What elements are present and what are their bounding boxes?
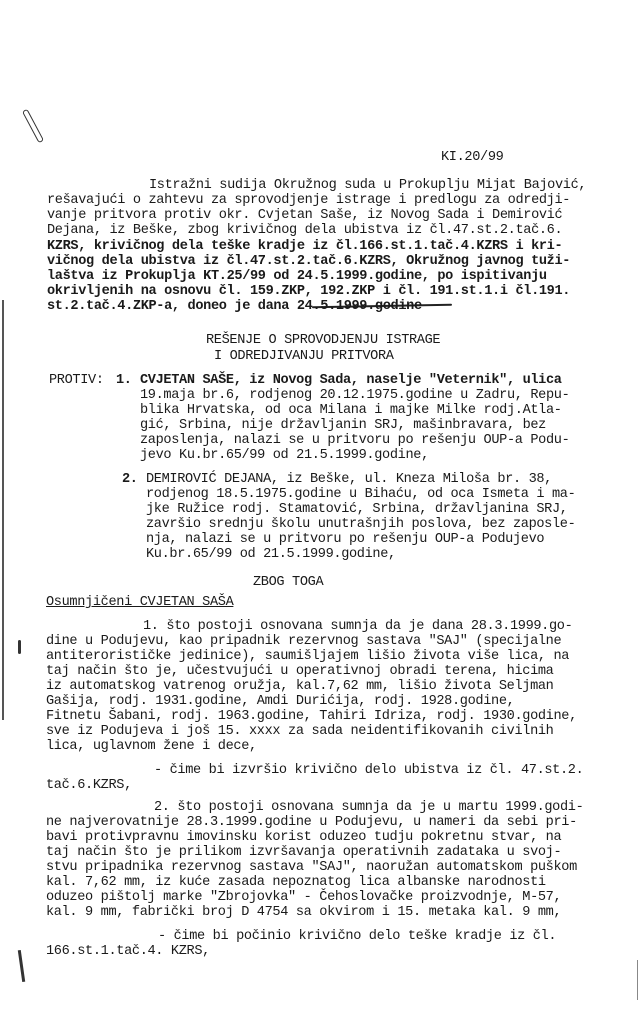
defendant-line: gić, Srbina, nije državljanin SRJ, mašin… [140,418,546,434]
staple-mark [22,109,44,144]
defendant-line: rodjenog 18.5.1975.godine u Bihaću, od o… [146,487,575,503]
charge-line: kal. 7,62 mm, iz kuće zasada nepoznatog … [46,875,546,891]
charge-line: bavi protivpravnu imovinsku korist oduze… [46,830,561,846]
defendant-number: 2. [122,472,138,488]
charge-line: taj način što je, učestvujući u operativ… [46,664,554,680]
defendant-number: 1. [116,373,132,389]
charge-consequence: - čime bi izvršio krivično delo ubistva … [154,763,583,779]
charge-consequence: tač.6.KZRS, [46,778,132,794]
intro-line: KZRS, krivičnog dela teške kradje iz čl.… [47,239,562,255]
charge-line: 2. što postoji osnovana sumnja da je u m… [154,800,583,816]
left-margin-binding-mark [2,300,4,720]
defendant-line: CVJETAN SAŠE, iz Novog Sada, naselje "Ve… [140,373,562,389]
case-number: KI.20/99 [441,150,503,166]
defendant-line: 19.maja br.6, rodjenog 20.12.1975.godine… [140,388,569,404]
charge-line: iz automatskog vatrenog oružja, kal.7,62… [46,679,554,695]
scanned-document-page: KI.20/99 Istražni sudija Okružnog suda u… [0,0,640,1018]
charge-line: antiterorističke jedinice), saumišljajem… [46,649,569,665]
intro-line: rešavajući o zahtevu za sprovodjenje ist… [47,193,570,209]
intro-line: vičnog dela ubistva iz čl.47.st.2.tač.6.… [47,254,570,270]
intro-line: Istražni sudija Okružnog suda u Prokuplj… [149,178,586,194]
section-heading: ZBOG TOGA [253,575,323,591]
charge-line: taj način što je prilikom izvršavanja op… [46,845,561,861]
charge-line: kal. 9 mm, fabrički broj D 4754 sa okvir… [46,905,561,921]
charge-line: oduzeo pištolj marke "Zbrojovka" - Čehos… [46,890,561,906]
left-margin-bracket [18,640,21,654]
defendant-line: DEMIROVIĆ DEJANA, iz Beške, ul. Kneza Mi… [146,472,552,488]
charge-line: dine u Podujevu, kao pripadnik rezervnog… [46,634,561,650]
suspect-heading: Osumnjičeni CVJETAN SAŠA [46,595,233,611]
charge-line: Fitnetu Šabani, rodj. 1963.godine, Tahir… [46,709,577,725]
intro-line: laštva iz Prokuplja KT.25/99 od 24.5.199… [47,269,547,285]
against-label: PROTIV: [49,373,104,389]
intro-line: st.2.tač.4.ZKP-a, doneo je dana 24.5.199… [47,299,422,315]
charge-line: sve iz Podujeva i još 15. xxxx za sada n… [46,724,554,740]
defendant-line: blika Hrvatska, od oca Milana i majke Mi… [140,403,562,419]
defendant-line: zaposlenja, nalazi se u pritvoru po reše… [140,433,569,449]
charge-consequence: - čime bi počinio krivično delo teške kr… [158,929,556,945]
defendant-line: Ku.br.65/99 od 21.5.1999.godine, [146,547,396,563]
decision-title: I ODREDJIVANJU PRITVORA [214,349,394,365]
intro-line: Dejana, iz Beške, zbog krivičnog dela ub… [47,223,562,239]
defendant-line: završio srednju školu unutrašnjih poslov… [146,517,575,533]
decision-title: REŠENJE O SPROVODJENJU ISTRAGE [206,333,440,349]
charge-line: ne najverovatnije 28.3.1999.godine u Pod… [46,815,577,831]
defendant-line: jevo Ku.br.65/99 od 21.5.1999.godine, [140,448,429,464]
charge-line: stvu pripadnika rezervnog sastava "SAJ",… [46,860,577,876]
intro-line: okrivljenih na osnovu čl. 159.ZKP, 192.Z… [47,284,570,300]
charge-line: lica, uglavnom žene i dece, [46,739,257,755]
right-edge-mark [637,960,638,1000]
signature-squiggle [18,950,25,982]
intro-line: vanje pritvora protiv okr. Cvjetan Saše,… [47,208,562,224]
defendant-line: nja, nalazi se u pritvoru po rešenju OUP… [146,532,544,548]
charge-line: Gašija, rodj. 1931.godine, Amdi Durićija… [46,694,514,710]
charge-consequence: 166.st.1.tač.4. KZRS, [46,944,210,960]
defendant-line: jke Ružice rodj. Stamatović, Srbina, drž… [146,502,568,518]
charge-line: 1. što postoji osnovana sumnja da je dan… [143,619,572,635]
